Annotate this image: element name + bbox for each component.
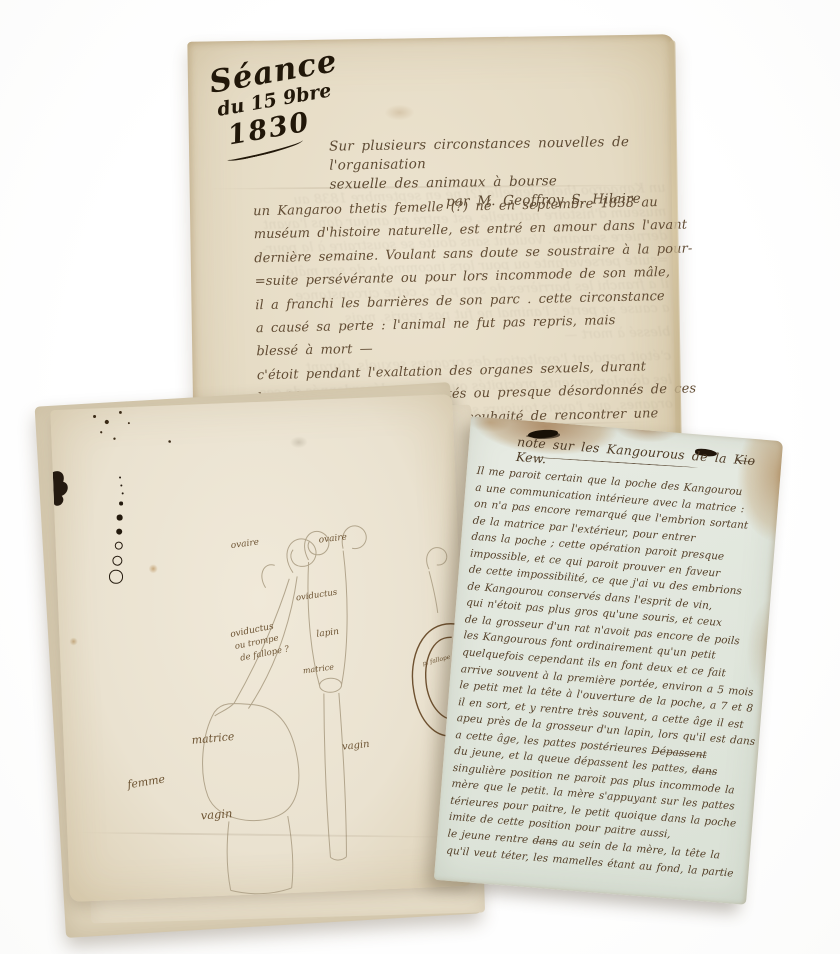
- growth-dot: [119, 502, 123, 506]
- kew-note-body-text: Il me paroit certain que la poche des Ka…: [446, 463, 775, 883]
- ink-specks: [93, 409, 171, 446]
- kew-note-sheet: note sur les Kangourous de la K̶i̶o̶ Kew…: [434, 416, 783, 905]
- growth-dot: [119, 476, 121, 478]
- growth-dot: [117, 515, 122, 520]
- ink-blot: [53, 471, 69, 506]
- pencil-strokes: [193, 522, 460, 896]
- foxing-stain: [384, 104, 414, 120]
- growth-dot: [109, 570, 123, 584]
- figure-label: vagin: [200, 806, 233, 822]
- photo-of-manuscripts: un Kangaroo thetis femelle (?) né en sep…: [0, 0, 840, 954]
- pencil-anatomy-sketch: [50, 394, 471, 902]
- anatomical-drawing-sheet: ovaireovaireoviductusoviductusou tromped…: [50, 394, 471, 902]
- title-line: Sur plusieurs circonstances nouvelles de…: [329, 133, 650, 176]
